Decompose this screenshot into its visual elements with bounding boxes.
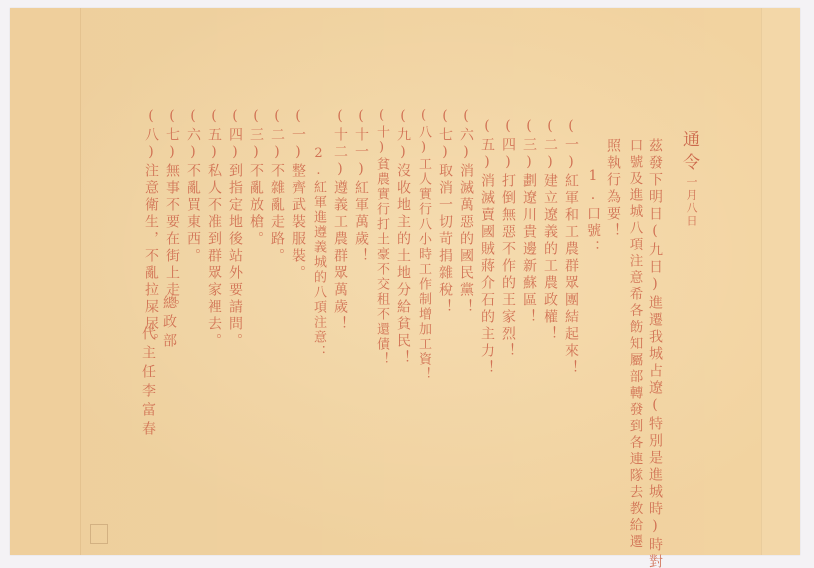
slogan-item: (十二)遵義工農群眾萬歲！ bbox=[333, 108, 347, 333]
slogan-item: (六)消滅萬惡的國民黨！ bbox=[459, 108, 473, 316]
collection-stamp bbox=[90, 524, 108, 544]
slogan-item: (五)消滅賣國賊蔣介石的主力！ bbox=[480, 118, 494, 377]
slogan-item: (十一)紅軍萬歲！ bbox=[354, 108, 368, 265]
section-heading-rules: 2.紅軍進遵義城的八項注意： bbox=[312, 146, 325, 360]
document-title: 通令 bbox=[680, 130, 697, 176]
rule-item: (六)不亂買東西。 bbox=[186, 108, 200, 265]
slogan-item: (七)取消一切苛捐雜稅！ bbox=[438, 108, 452, 316]
slogan-item: (一)紅軍和工農群眾團結起來！ bbox=[564, 118, 578, 377]
rule-item: (二)不雜亂走路。 bbox=[270, 108, 284, 265]
document-paper: 通令 一月八日 茲發下明日(九日)進遷我城占遼(特別是進城時)時對 口號及進城八… bbox=[10, 8, 800, 555]
slogan-item: (二)建立遼義的工農政權！ bbox=[543, 118, 557, 343]
rule-item: (七)無事不要在街上走。 bbox=[165, 108, 179, 316]
intro-line-2: 口號及進城八項注意希各飭知屬部轉發到各連隊去教給遷 bbox=[627, 138, 641, 551]
rule-item: (三)不亂放槍。 bbox=[249, 108, 263, 248]
section-heading-slogans: 1.口號： bbox=[586, 168, 600, 257]
paper-left-margin bbox=[10, 8, 81, 555]
slogan-item: (三)劃遼川貴邊新蘇區！ bbox=[522, 118, 536, 326]
intro-line-3: 照執行為要！ bbox=[606, 138, 620, 240]
signature-name: 代主任李富春 bbox=[141, 326, 155, 440]
document-date: 一月八日 bbox=[686, 176, 697, 228]
rule-item: (八)注意衛生，不亂拉屎尿。 bbox=[144, 108, 158, 350]
rule-item: (五)私人不准到群眾家裡去。 bbox=[207, 108, 221, 350]
rule-item: (一)整齊武裝服裝。 bbox=[291, 108, 305, 282]
intro-line-1: 茲發下明日(九日)進遷我城占遼(特別是進城時)時對 bbox=[648, 138, 662, 568]
slogan-item: (四)打倒無惡不作的王家烈！ bbox=[501, 118, 515, 360]
paper-right-margin bbox=[761, 8, 800, 555]
slogan-item: (九)沒收地主的土地分給貧民！ bbox=[396, 108, 410, 367]
rule-item: (四)到指定地後站外要請問。 bbox=[228, 108, 242, 350]
slogan-item: (十)貧農實行打土豪不交租不還債！ bbox=[375, 108, 388, 367]
signature-department: 總政部 bbox=[162, 295, 176, 352]
slogan-item: (八)工人實行八小時工作制增加工資！ bbox=[417, 108, 430, 382]
